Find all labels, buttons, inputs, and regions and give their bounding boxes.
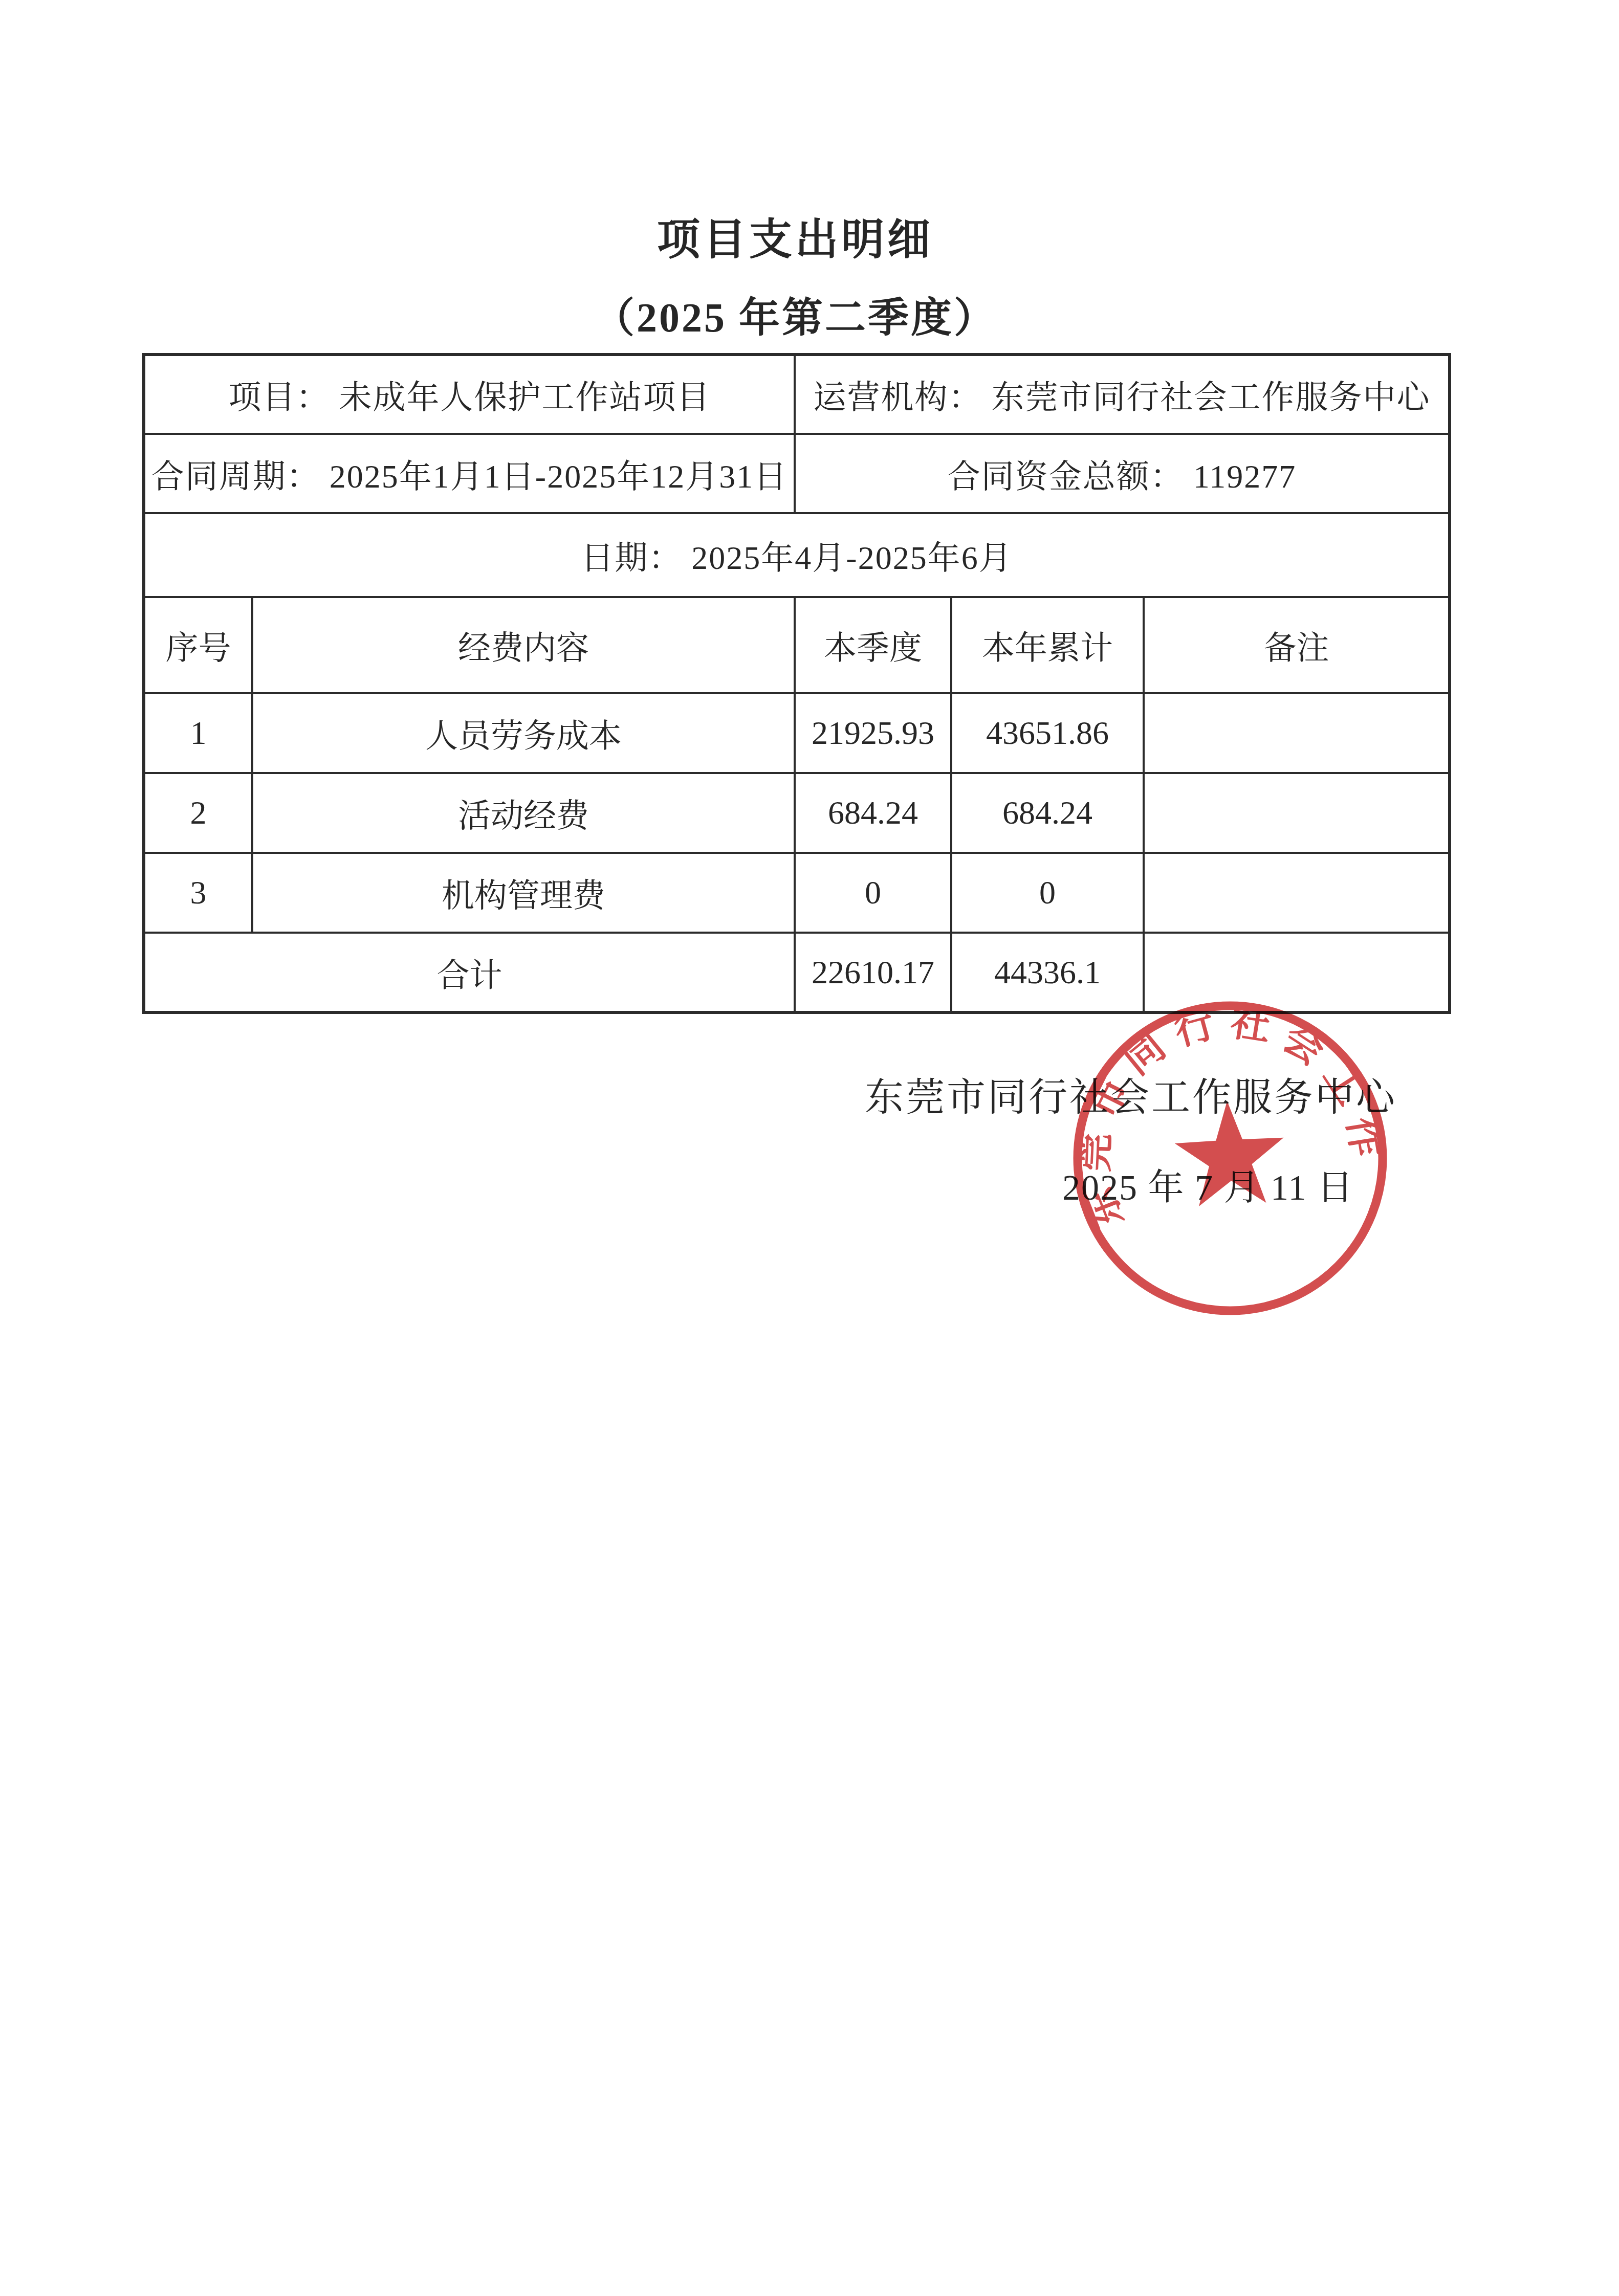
- seal-outer-ring: [1078, 1006, 1383, 1311]
- contract-period-cell: 合同周期： 2025年1月1日-2025年12月31日: [144, 434, 795, 513]
- page-title: 项目支出明细: [142, 219, 1448, 262]
- page-subtitle: （2025 年第二季度）: [142, 296, 1448, 341]
- row-note: [1144, 693, 1450, 773]
- row-no: 3: [144, 853, 252, 933]
- operator-cell: 运营机构： 东莞市同行社会工作服务中心: [795, 355, 1450, 434]
- row-item: 活动经费: [252, 773, 795, 853]
- contract-total-cell: 合同资金总额： 119277: [795, 434, 1450, 513]
- row-ytd: 43651.86: [951, 693, 1144, 773]
- table-row: 2 活动经费 684.24 684.24: [144, 773, 1450, 853]
- table-row: 3 机构管理费 0 0: [144, 853, 1450, 933]
- table-row: 日期： 2025年4月-2025年6月: [144, 513, 1450, 597]
- row-no: 1: [144, 693, 252, 773]
- header-note: 备注: [1144, 597, 1450, 693]
- header-item: 经费内容: [252, 597, 795, 693]
- total-label-cell: 合计: [144, 933, 795, 1012]
- row-note: [1144, 853, 1450, 933]
- table-total-row: 合计 22610.17 44336.1: [144, 933, 1450, 1012]
- project-cell: 项目： 未成年人保护工作站项目: [144, 355, 795, 434]
- signature-organization: 东莞市同行社会工作服务中心: [865, 1078, 1397, 1117]
- signature-date: 2025 年 7 月 11 日: [1062, 1171, 1354, 1206]
- table-row: 项目： 未成年人保护工作站项目 运营机构： 东莞市同行社会工作服务中心: [144, 355, 1450, 434]
- header-ytd: 本年累计: [951, 597, 1144, 693]
- row-no: 2: [144, 773, 252, 853]
- row-ytd: 684.24: [951, 773, 1144, 853]
- row-note: [1144, 773, 1450, 853]
- row-quarter: 0: [795, 853, 951, 933]
- table-row: 1 人员劳务成本 21925.93 43651.86: [144, 693, 1450, 773]
- expense-detail-table: 项目： 未成年人保护工作站项目 运营机构： 东莞市同行社会工作服务中心 合同周期…: [142, 353, 1451, 1014]
- row-ytd: 0: [951, 853, 1144, 933]
- date-range-cell: 日期： 2025年4月-2025年6月: [144, 513, 1450, 597]
- header-quarter: 本季度: [795, 597, 951, 693]
- total-quarter-cell: 22610.17: [795, 933, 951, 1012]
- total-note-cell: [1144, 933, 1450, 1012]
- official-red-seal: 东莞市同行社会工作服务中心: [1061, 989, 1399, 1327]
- table-header-row: 序号 经费内容 本季度 本年累计 备注: [144, 597, 1450, 693]
- scanned-document-page: 项目支出明细 （2025 年第二季度） 项目： 未成年人保护工作站项目 运营机构…: [0, 0, 1619, 2296]
- row-quarter: 684.24: [795, 773, 951, 853]
- table-row: 合同周期： 2025年1月1日-2025年12月31日 合同资金总额： 1192…: [144, 434, 1450, 513]
- row-item: 人员劳务成本: [252, 693, 795, 773]
- row-item: 机构管理费: [252, 853, 795, 933]
- row-quarter: 21925.93: [795, 693, 951, 773]
- header-no: 序号: [144, 597, 252, 693]
- total-ytd-cell: 44336.1: [951, 933, 1144, 1012]
